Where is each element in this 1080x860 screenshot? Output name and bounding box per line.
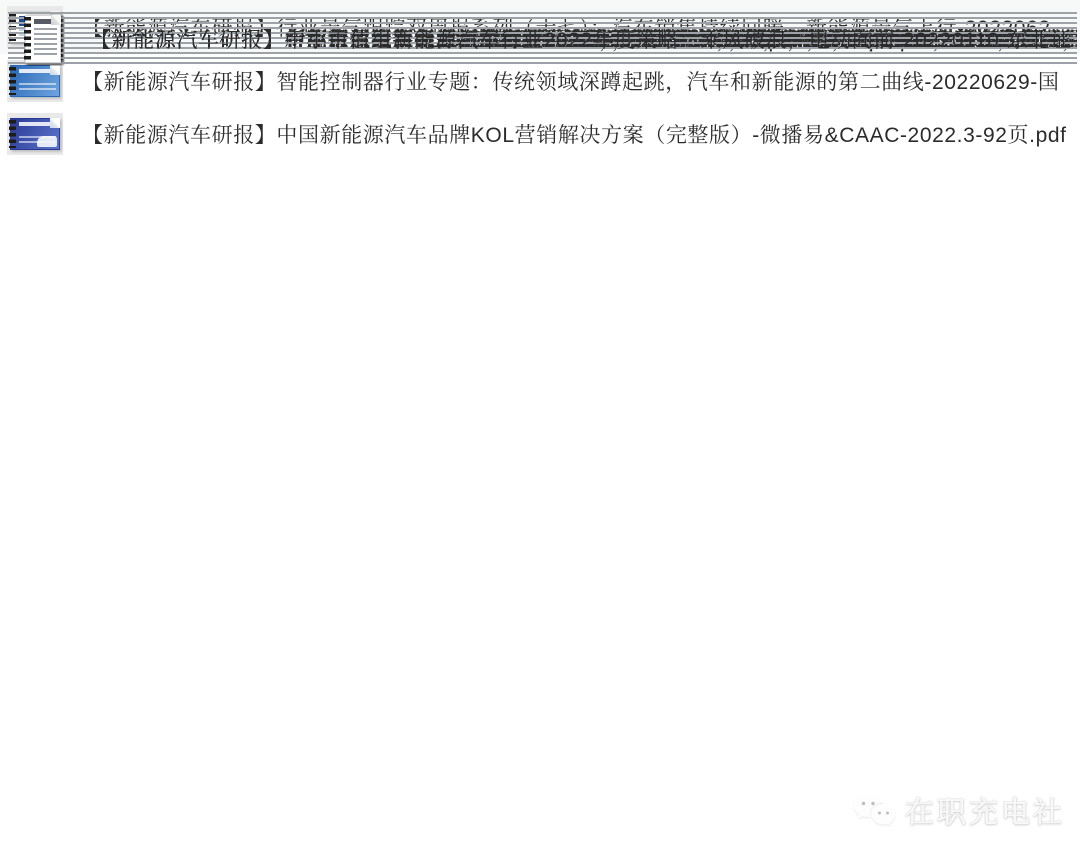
file-row[interactable]: 【新能源汽车研报】中小市值组新能源汽车行业2022年度策略：乘风破浪，电动向前-… [8, 12, 1077, 66]
document-thumbnail-icon [10, 109, 60, 159]
spiral-binding-icon [24, 17, 31, 61]
file-title: 【新能源汽车研报】智能控制器行业专题：传统领域深蹲起跳，汽车和新能源的第二曲线-… [82, 66, 1059, 96]
document-text-lines [19, 136, 56, 146]
folded-corner-icon [50, 65, 60, 75]
document-page [25, 15, 61, 63]
spiral-binding-icon [9, 120, 16, 148]
document-thumbnail-icon [18, 14, 68, 64]
file-title: 【新能源汽车研报】中国新能源汽车品牌KOL营销解决方案（完整版）-微播易&CAA… [82, 119, 1067, 149]
file-row[interactable]: 【新能源汽车研报】中国新能源汽车品牌KOL营销解决方案（完整版）-微播易&CAA… [0, 108, 1080, 162]
document-page [10, 65, 60, 97]
file-title: 【新能源汽车研报】中小市值组新能源汽车行业2022年度策略：乘风破浪，电动向前-… [90, 24, 1072, 54]
folded-corner-icon [51, 15, 61, 25]
document-text-lines [34, 28, 57, 58]
folded-corner-icon [50, 118, 60, 128]
document-page [10, 118, 60, 150]
document-text-lines [19, 83, 56, 93]
file-list: 【新能源汽车研报】新能源与汽车行业新能源锂电池系列报告之八：三元高镍化大势所趋，… [0, 0, 1080, 860]
spiral-binding-icon [9, 67, 16, 95]
